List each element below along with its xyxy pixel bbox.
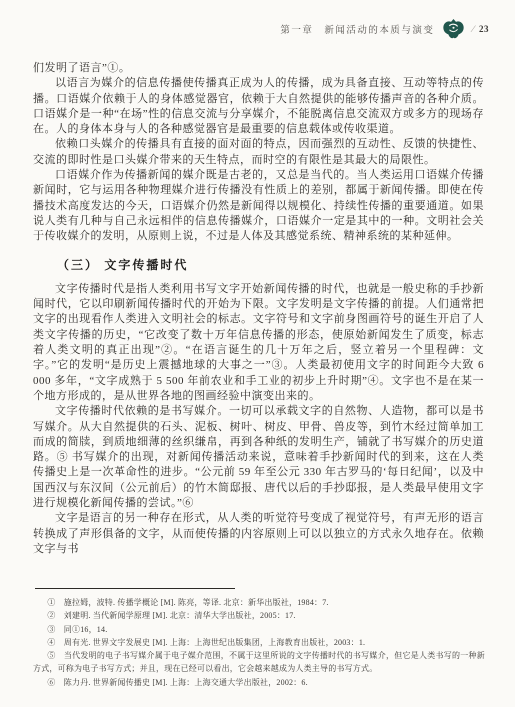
- footnote-4: ④ 周有光. 世界文字发展史 [M]. 上海：上海世纪出版集团，上海教育出版社，…: [33, 636, 485, 649]
- running-head-chapter-title: 第一章 新闻活动的本质与演变: [280, 22, 434, 36]
- book-page: 第一章 新闻活动的本质与演变 ∕ 23 们发明了语言”①。 以语言为媒介的信息传…: [0, 0, 515, 707]
- page-number-separator: ∕: [472, 24, 474, 35]
- section-heading: （三） 文字传播时代: [33, 258, 484, 273]
- footnote-5: ⑤ 当代发明的电子书写媒介属于电子媒介范围，不属于这里所说的文字传播时代的书写媒…: [33, 649, 485, 676]
- paragraph-face-to-face: 依赖口头媒介的传播具有直接的面对面的特点，因而强烈的互动性、反馈的快捷性、交流的…: [33, 137, 484, 168]
- footnote-divider: [35, 588, 235, 589]
- footnote-2: ② 刘建明. 当代新闻学原理 [M]. 北京：清华大学出版社，2005：17.: [33, 609, 485, 622]
- paragraph-oral-medium-today: 口语媒介作为传播新闻的媒介既是古老的，又总是当代的。当人类运用口语媒介传播新闻时…: [33, 168, 484, 244]
- footnotes-section: ① 施拉姆，波特. 传播学概论 [M]. 陈亮，等译. 北京：新华出版社，198…: [33, 588, 485, 689]
- footnote-6: ⑥ 陈力丹. 世界新闻传播史 [M]. 上海：上海交通大学出版社，2002：6.: [33, 676, 485, 689]
- paragraph-writing-media: 文字传播时代依赖的是书写媒介。一切可以承载文字的自然物、人造物，都可以是书写媒介…: [33, 404, 484, 511]
- footnote-1: ① 施拉姆，波特. 传播学概论 [M]. 陈亮，等译. 北京：新华出版社，198…: [33, 596, 485, 609]
- page-body: 们发明了语言”①。 以语言为媒介的信息传播使传播真正成为人的传播，成为具备直接、…: [33, 61, 484, 585]
- paragraph-writing-as-visual-symbols: 文字是语言的另一种存在形式，从人类的听觉符号变成了视觉符号，有声无形的语言转换成…: [33, 511, 484, 557]
- chapter-ornament-icon: [442, 19, 465, 39]
- paragraph-oral-medium-traits: 以语言为媒介的信息传播使传播真正成为人的传播，成为具备直接、互动等特点的传播。口…: [33, 76, 484, 137]
- page-number: 23: [479, 24, 489, 34]
- running-head: 第一章 新闻活动的本质与演变 ∕ 23: [280, 19, 489, 39]
- paragraph-continuation: 们发明了语言”①。: [33, 61, 484, 76]
- footnote-3: ③ 同①16，14.: [33, 623, 485, 636]
- paragraph-writing-era-definition: 文字传播时代是指人类利用书写文字开始新闻传播的时代，也就是一般史称的手抄新闻时代…: [33, 282, 484, 404]
